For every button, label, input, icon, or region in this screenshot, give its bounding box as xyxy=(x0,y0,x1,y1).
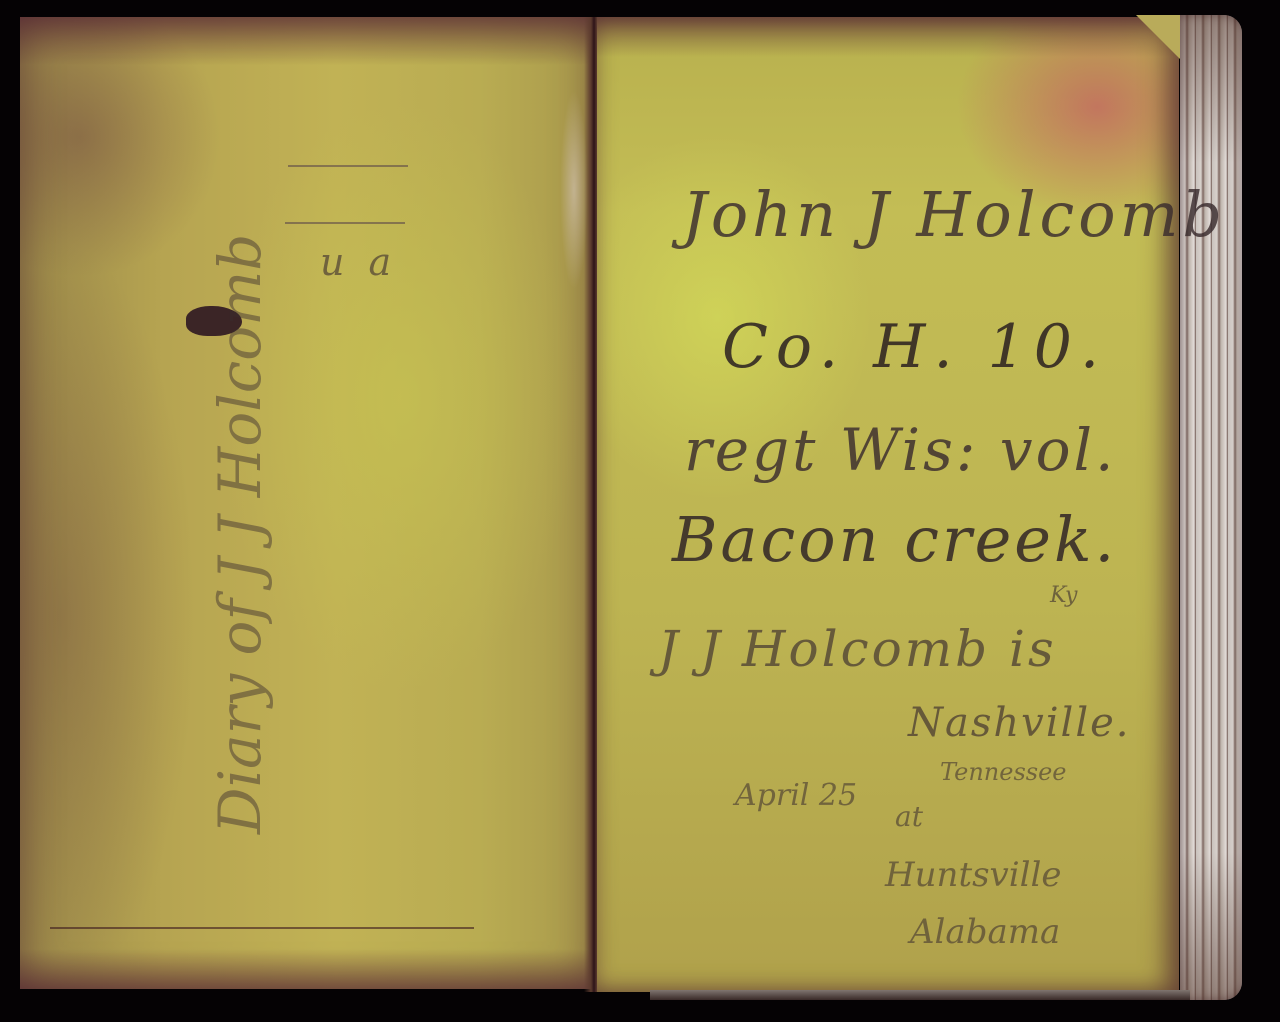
top-note: u a xyxy=(320,240,397,284)
at-note: at xyxy=(895,800,923,833)
page-edges-shading xyxy=(1180,15,1242,1000)
tennessee-note: Tennessee xyxy=(940,758,1067,786)
location-line: Bacon creek. xyxy=(672,503,1117,576)
nashville-line: Nashville. xyxy=(908,700,1131,746)
name-line-2: J J Holcomb is xyxy=(658,620,1057,678)
gutter-wear xyxy=(560,90,588,290)
bottom-page-edge xyxy=(650,990,1190,1000)
pencil-mark xyxy=(285,222,405,224)
huntsville-note: Huntsville xyxy=(885,855,1062,895)
owner-name: John J Holcomb xyxy=(682,178,1226,251)
vertical-inscription: Diary of J J Holcomb xyxy=(206,274,274,834)
folded-corner xyxy=(1136,15,1182,61)
alabama-note: Alabama xyxy=(910,912,1060,952)
state-abbrev: Ky xyxy=(1050,583,1077,608)
regiment-line: regt Wis: vol. xyxy=(684,416,1116,484)
company-line: Co. H. 10. xyxy=(722,312,1107,382)
open-diary: u a Diary of J J Holcomb John J Holcomb … xyxy=(0,0,1280,1022)
date-note: April 25 xyxy=(735,778,857,813)
pencil-mark xyxy=(288,165,408,167)
left-page xyxy=(20,17,594,989)
page-crease xyxy=(50,927,474,929)
